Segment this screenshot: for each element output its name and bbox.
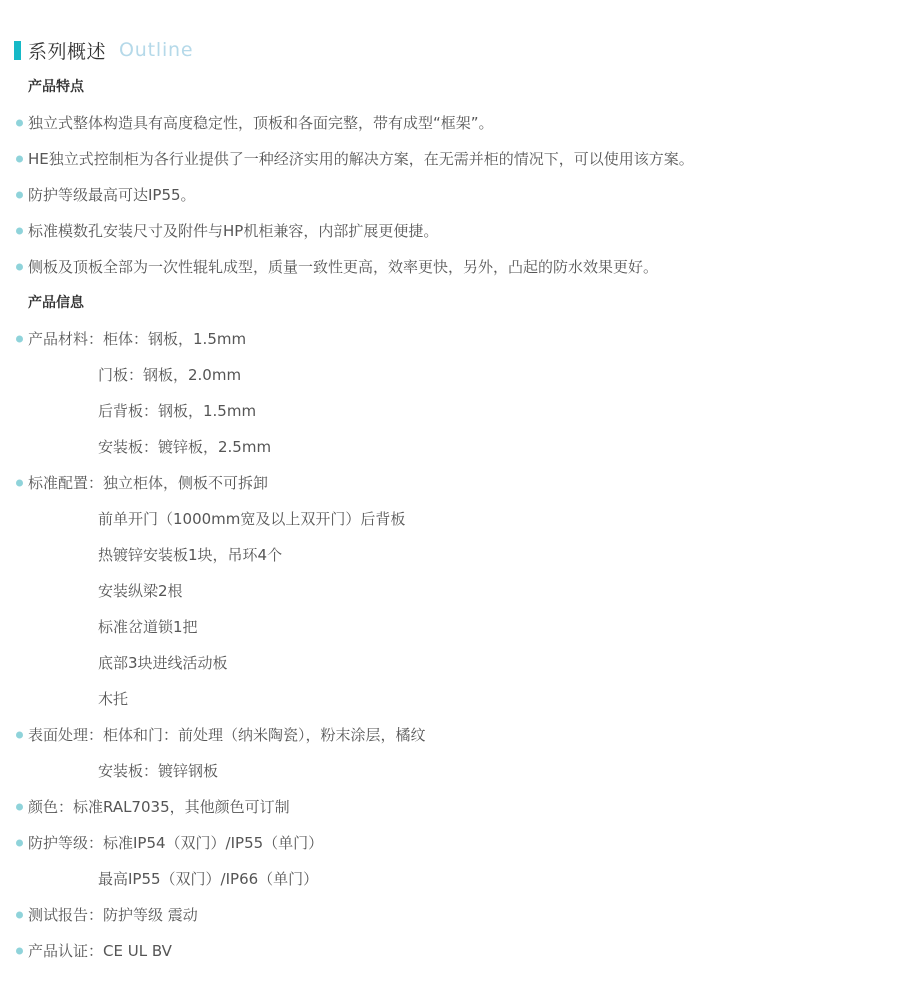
list-item: 标准模数孔安装尺寸及附件与HP机柜兼容，内部扩展更便捷。 — [14, 213, 870, 249]
title-accent-bar-icon — [14, 41, 21, 60]
bullet-dot-icon — [16, 228, 23, 235]
item-continuation-text: 门板：钢板，2.0mm — [14, 357, 870, 393]
line-text: 木托 — [98, 690, 128, 708]
item-text: 表面处理：柜体和门：前处理（纳米陶瓷），粉末涂层，橘纹 — [14, 717, 870, 753]
item-continuation-text: 木托 — [14, 681, 870, 717]
item-text: 标准模数孔安装尺寸及附件与HP机柜兼容，内部扩展更便捷。 — [14, 213, 870, 249]
bullet-dot-icon — [16, 264, 23, 271]
line-text: 标准配置：独立柜体，侧板不可拆卸 — [28, 474, 268, 492]
item-continuation-text: 最高IP55（双门）/IP66（单门） — [14, 861, 870, 897]
list-item: 颜色：标准RAL7035，其他颜色可订制 — [14, 789, 870, 825]
line-text: 表面处理：柜体和门：前处理（纳米陶瓷），粉末涂层，橘纹 — [28, 726, 426, 744]
item-text: 侧板及顶板全部为一次性辊轧成型，质量一致性更高，效率更快，另外，凸起的防水效果更… — [14, 249, 870, 285]
bullet-dot-icon — [16, 732, 23, 739]
list-item: 侧板及顶板全部为一次性辊轧成型，质量一致性更高，效率更快，另外，凸起的防水效果更… — [14, 249, 870, 285]
line-text: 前单开门（1000mm宽及以上双开门）后背板 — [98, 510, 405, 528]
item-text: 防护等级：标准IP54（双门）/IP55（单门） — [14, 825, 870, 861]
section-title-row: 系列概述 Outline — [14, 33, 870, 67]
item-text: 产品材料：柜体：钢板，1.5mm — [14, 321, 870, 357]
list-item: HE独立式控制柜为各行业提供了一种经济实用的解决方案，在无需并柜的情况下，可以使… — [14, 141, 870, 177]
page-title-zh: 系列概述 — [28, 37, 106, 64]
line-text: 产品材料：柜体：钢板，1.5mm — [28, 330, 246, 348]
line-text: 侧板及顶板全部为一次性辊轧成型，质量一致性更高，效率更快，另外，凸起的防水效果更… — [28, 258, 658, 276]
page-title-en: Outline — [119, 39, 193, 61]
bullet-dot-icon — [16, 336, 23, 343]
section-heading: 产品信息 — [14, 285, 870, 321]
list-item: 防护等级：标准IP54（双门）/IP55（单门）最高IP55（双门）/IP66（… — [14, 825, 870, 897]
item-continuation-text: 安装板：镀锌板，2.5mm — [14, 429, 870, 465]
line-text: 安装板：镀锌钢板 — [98, 762, 218, 780]
list-item: 表面处理：柜体和门：前处理（纳米陶瓷），粉末涂层，橘纹安装板：镀锌钢板 — [14, 717, 870, 789]
item-text: 产品认证：CE UL BV — [14, 933, 870, 969]
bullet-dot-icon — [16, 912, 23, 919]
line-text: 防护等级：标准IP54（双门）/IP55（单门） — [28, 834, 323, 852]
item-text: 测试报告：防护等级 震动 — [14, 897, 870, 933]
line-text: HE独立式控制柜为各行业提供了一种经济实用的解决方案，在无需并柜的情况下，可以使… — [28, 150, 694, 168]
line-text: 测试报告：防护等级 震动 — [28, 906, 198, 924]
bullet-dot-icon — [16, 192, 23, 199]
list-item: 产品认证：CE UL BV — [14, 933, 870, 969]
list-item: 防护等级最高可达IP55。 — [14, 177, 870, 213]
line-text: 最高IP55（双门）/IP66（单门） — [98, 870, 318, 888]
list-item: 产品材料：柜体：钢板，1.5mm门板：钢板，2.0mm后背板：钢板，1.5mm安… — [14, 321, 870, 465]
item-continuation-text: 后背板：钢板，1.5mm — [14, 393, 870, 429]
list-item: 独立式整体构造具有高度稳定性，顶板和各面完整，带有成型“框架”。 — [14, 105, 870, 141]
bullet-dot-icon — [16, 480, 23, 487]
bullet-dot-icon — [16, 804, 23, 811]
line-text: 标准模数孔安装尺寸及附件与HP机柜兼容，内部扩展更便捷。 — [28, 222, 438, 240]
item-text: 颜色：标准RAL7035，其他颜色可订制 — [14, 789, 870, 825]
item-text: 独立式整体构造具有高度稳定性，顶板和各面完整，带有成型“框架”。 — [14, 105, 870, 141]
item-continuation-text: 安装板：镀锌钢板 — [14, 753, 870, 789]
line-text: 安装板：镀锌板，2.5mm — [98, 438, 271, 456]
bullet-list: 产品材料：柜体：钢板，1.5mm门板：钢板，2.0mm后背板：钢板，1.5mm安… — [14, 321, 870, 969]
list-item: 测试报告：防护等级 震动 — [14, 897, 870, 933]
item-text: 标准配置：独立柜体，侧板不可拆卸 — [14, 465, 870, 501]
line-text: 热镀锌安装板1块，吊环4个 — [98, 546, 282, 564]
line-text: 安装纵梁2根 — [98, 582, 183, 600]
bullet-dot-icon — [16, 156, 23, 163]
item-continuation-text: 底部3块进线活动板 — [14, 645, 870, 681]
bullet-dot-icon — [16, 120, 23, 127]
outline-page: 系列概述 Outline 产品特点独立式整体构造具有高度稳定性，顶板和各面完整，… — [0, 0, 900, 998]
bullet-dot-icon — [16, 840, 23, 847]
bullet-list: 独立式整体构造具有高度稳定性，顶板和各面完整，带有成型“框架”。HE独立式控制柜… — [14, 105, 870, 285]
line-text: 后背板：钢板，1.5mm — [98, 402, 256, 420]
line-text: 防护等级最高可达IP55。 — [28, 186, 196, 204]
item-continuation-text: 标准岔道锁1把 — [14, 609, 870, 645]
line-text: 产品认证：CE UL BV — [28, 942, 172, 960]
line-text: 独立式整体构造具有高度稳定性，顶板和各面完整，带有成型“框架”。 — [28, 114, 494, 132]
bullet-dot-icon — [16, 948, 23, 955]
line-text: 门板：钢板，2.0mm — [98, 366, 241, 384]
item-continuation-text: 前单开门（1000mm宽及以上双开门）后背板 — [14, 501, 870, 537]
content-sections: 产品特点独立式整体构造具有高度稳定性，顶板和各面完整，带有成型“框架”。HE独立… — [14, 69, 870, 969]
section-heading: 产品特点 — [14, 69, 870, 105]
item-text: HE独立式控制柜为各行业提供了一种经济实用的解决方案，在无需并柜的情况下，可以使… — [14, 141, 870, 177]
line-text: 标准岔道锁1把 — [98, 618, 198, 636]
list-item: 标准配置：独立柜体，侧板不可拆卸前单开门（1000mm宽及以上双开门）后背板热镀… — [14, 465, 870, 717]
item-continuation-text: 热镀锌安装板1块，吊环4个 — [14, 537, 870, 573]
item-continuation-text: 安装纵梁2根 — [14, 573, 870, 609]
item-text: 防护等级最高可达IP55。 — [14, 177, 870, 213]
line-text: 颜色：标准RAL7035，其他颜色可订制 — [28, 798, 290, 816]
line-text: 底部3块进线活动板 — [98, 654, 228, 672]
